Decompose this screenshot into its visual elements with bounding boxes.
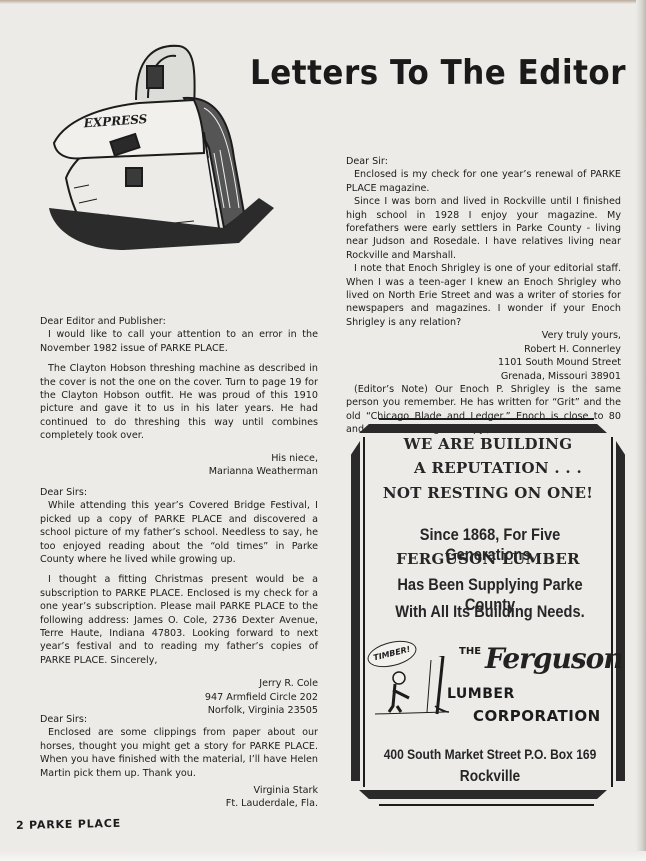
ad-headline: WE ARE BUILDING [367, 435, 609, 453]
ferguson-logo: TIMBER! THE Ferguson LUMBER CORPORATION [367, 634, 617, 726]
ferguson-lumber-ad: WE ARE BUILDING A REPUTATION . . . NOT R… [349, 413, 627, 811]
letter-paragraph: While attending this year’s Covered Brid… [40, 499, 318, 566]
ad-border [611, 437, 613, 787]
letter-paragraph: I would like to call your attention to a… [40, 328, 318, 355]
letter-signature: Jerry R. Cole 947 Armfield Circle 202 No… [40, 677, 318, 717]
ad-body-line: With All Its Building Needs. [383, 602, 598, 622]
ad-border [351, 441, 360, 781]
letter-paragraph: Since I was born and lived in Rockville … [346, 195, 621, 262]
letter: Dear Sir: Enclosed is my check for one y… [346, 155, 621, 437]
signature-line: Jerry R. Cole [40, 677, 318, 690]
ad-border [363, 437, 365, 787]
signature-line: Grenada, Missouri 38901 [346, 370, 621, 383]
signature-line: 947 Armfield Circle 202 [40, 691, 318, 704]
logo-the: THE [459, 646, 481, 657]
page-footer: 2 PARKE PLACE [16, 817, 121, 832]
letter: Dear Sirs: Enclosed are some clippings f… [40, 713, 318, 811]
signature-line: Virginia Stark [40, 784, 318, 797]
ad-border [359, 790, 607, 799]
letter-signature: Very truly yours, Robert H. Connerley 11… [346, 329, 621, 383]
ad-address: 400 South Market Street P.O. Box 169 [383, 746, 598, 762]
page-title: Letters To The Editor [250, 54, 626, 93]
logo-script: Ferguson [485, 642, 623, 675]
letter-salutation: Dear Sir: [346, 155, 621, 168]
signature-line: Robert H. Connerley [346, 343, 621, 356]
letter-signature: His niece, Marianna Weatherman [40, 452, 318, 479]
letter: Dear Editor and Publisher: I would like … [40, 315, 318, 478]
ad-border [379, 804, 594, 806]
letter: Dear Sirs: While attending this year’s C… [40, 486, 318, 718]
ad-company-name: FERGUSON LUMBER [367, 550, 609, 568]
ad-border [379, 418, 594, 420]
letter-salutation: Dear Sirs: [40, 486, 318, 499]
logo-corporation: CORPORATION [473, 707, 601, 725]
signature-line: 1101 South Mound Street [346, 356, 621, 369]
letter-paragraph: The Clayton Hobson threshing machine as … [40, 362, 318, 442]
logo-lumber: LUMBER [447, 686, 515, 702]
ad-border [359, 424, 607, 433]
ad-city: Rockville [383, 768, 598, 786]
letter-paragraph: I thought a fitting Christmas present wo… [40, 573, 318, 667]
letter-salutation: Dear Sirs: [40, 713, 318, 726]
signature-line: Very truly yours, [346, 329, 621, 342]
ad-border [616, 441, 625, 781]
signature-line: Marianna Weatherman [40, 465, 318, 478]
signature-line: His niece, [40, 452, 318, 465]
letter-salutation: Dear Editor and Publisher: [40, 315, 318, 328]
ad-headline: A REPUTATION . . . [377, 459, 619, 477]
signature-line: Ft. Lauderdale, Fla. [40, 797, 318, 810]
letter-paragraph: Enclosed is my check for one year’s rene… [346, 168, 621, 195]
ad-headline: NOT RESTING ON ONE! [367, 484, 609, 502]
letter-signature: Virginia Stark Ft. Lauderdale, Fla. [40, 784, 318, 811]
letter-paragraph: Enclosed are some clippings from paper a… [40, 726, 318, 780]
page-edge [0, 0, 646, 4]
page-edge [636, 0, 646, 861]
page-edge [0, 851, 646, 861]
letter-paragraph: I note that Enoch Shrigley is one of you… [346, 262, 621, 329]
